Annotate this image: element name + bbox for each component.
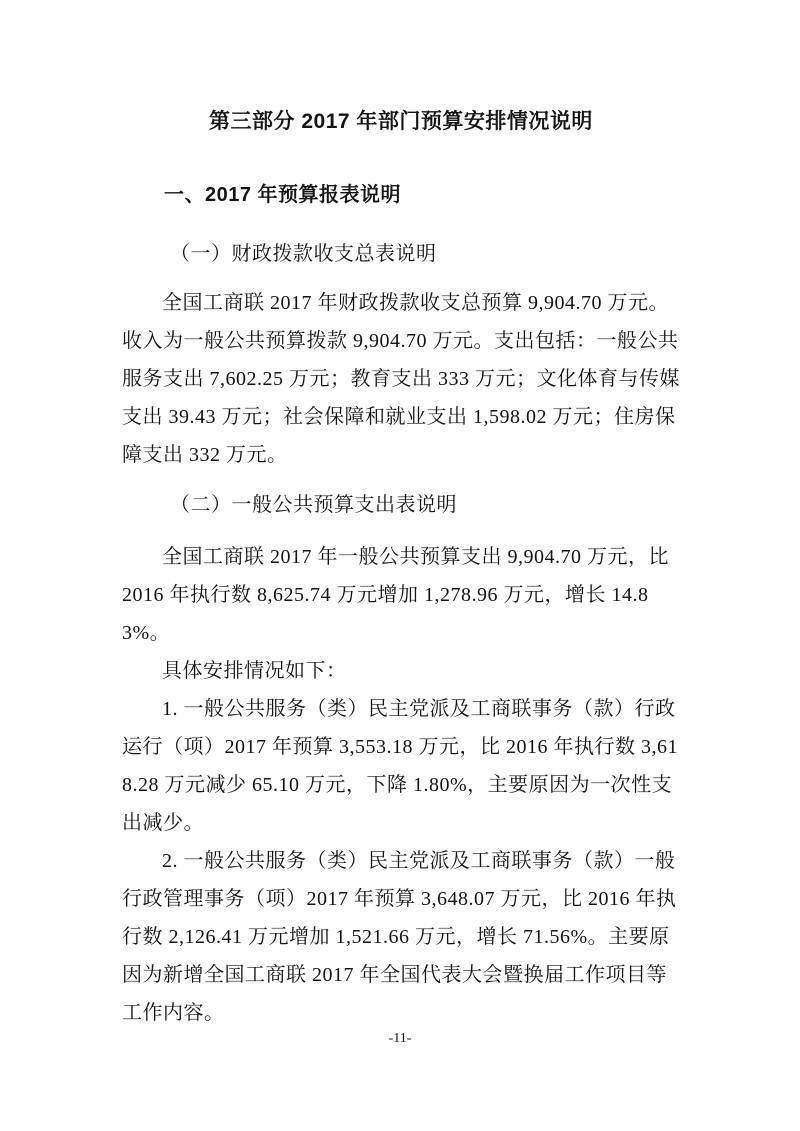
paragraph-public-budget-expenditure: 全国工商联 2017 年一般公共预算支出 9,904.70 万元，比 2016 … — [122, 538, 680, 652]
page-number: -11- — [0, 1030, 800, 1048]
section-heading-1: 一、2017 年预算报表说明 — [122, 181, 680, 209]
paragraph-item-2: 2. 一般公共服务（类）民主党派及工商联事务（款）一般行政管理事务（项）2017… — [122, 842, 680, 1032]
paragraph-details-intro: 具体安排情况如下： — [122, 652, 680, 690]
document-page: 第三部分 2017 年部门预算安排情况说明 一、2017 年预算报表说明 （一）… — [0, 0, 800, 1131]
paragraph-fiscal-appropriation-summary: 全国工商联 2017 年财政拨款收支总预算 9,904.70 万元。收入为一般公… — [122, 284, 680, 474]
subsection-1-heading: （一）财政拨款收支总表说明 — [122, 239, 680, 269]
document-title: 第三部分 2017 年部门预算安排情况说明 — [122, 108, 680, 135]
document-content: 第三部分 2017 年部门预算安排情况说明 一、2017 年预算报表说明 （一）… — [0, 0, 800, 1032]
subsection-2-heading: （二）一般公共预算支出表说明 — [122, 490, 680, 520]
paragraph-item-1: 1. 一般公共服务（类）民主党派及工商联事务（款）行政运行（项）2017 年预算… — [122, 690, 680, 842]
